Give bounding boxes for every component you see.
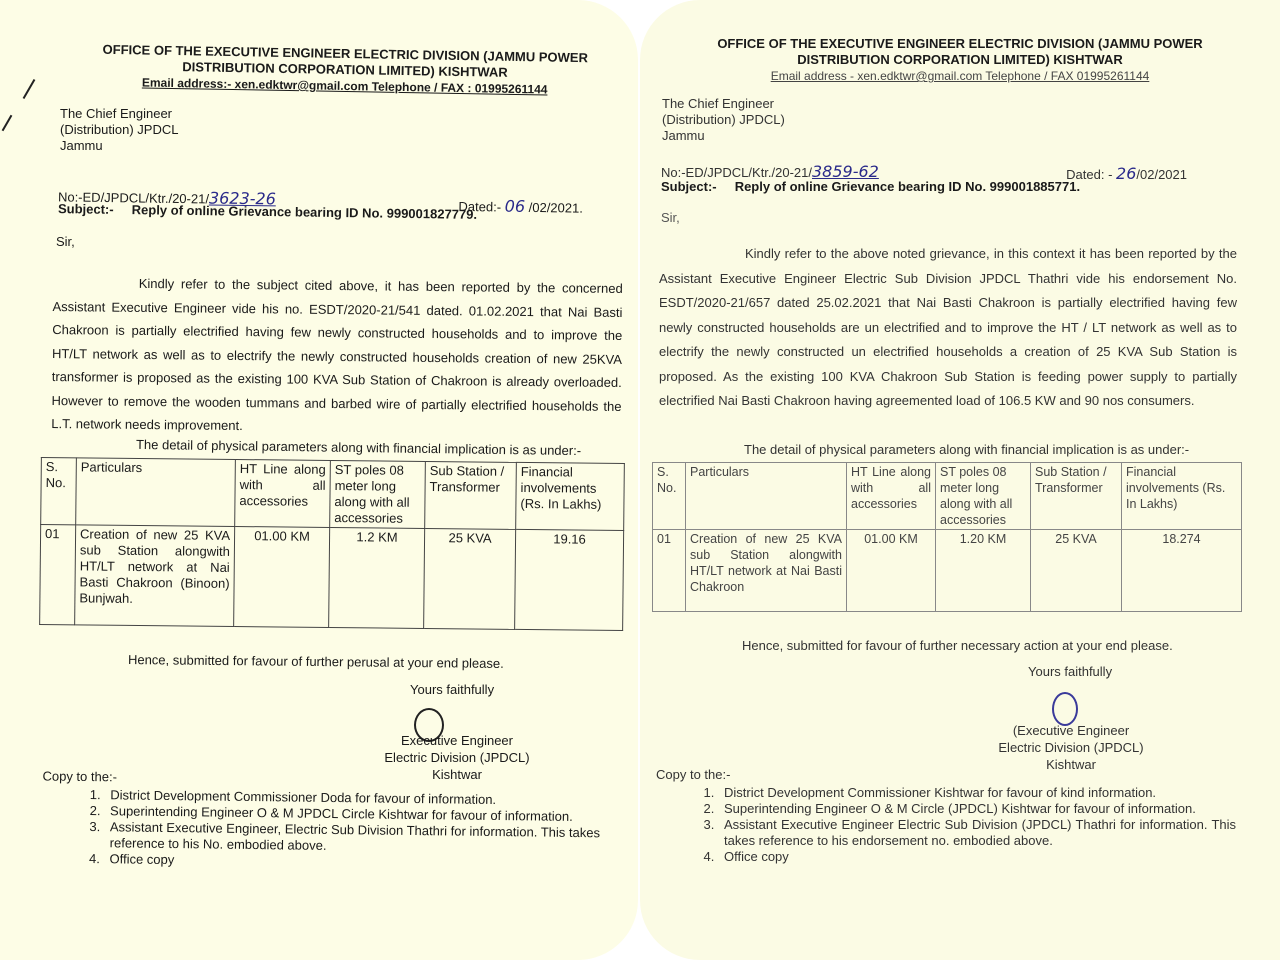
addressee: The Chief Engineer (Distribution) JPDCL … (60, 106, 178, 154)
table-row: 01 Creation of new 25 KVA sub Station al… (40, 524, 624, 630)
dated-suffix: /02/2021 (1136, 167, 1187, 182)
addressee: The Chief Engineer (Distribution) JPDCL)… (662, 96, 785, 144)
header-financial: Financial involvements (Rs. In Lakhs) (1122, 463, 1242, 530)
body-paragraph: Kindly refer to the above noted grievanc… (659, 242, 1237, 414)
letterhead: OFFICE OF THE EXECUTIVE ENGINEER ELECTRI… (680, 36, 1240, 84)
closing-line: Hence, submitted for favour of further n… (742, 638, 1173, 653)
copy-to-label: Copy to the:- (656, 767, 1236, 783)
header-sno: S. No. (41, 457, 77, 524)
yours-faithfully: Yours faithfully (1028, 664, 1112, 679)
ref-number-prefix: No:-ED/JPDCL/Ktr./20-21/ (661, 165, 812, 180)
signatory-title: Executive Engineer (372, 732, 542, 749)
header-ht-line: HT Line along with all accessories (235, 459, 331, 527)
table-intro: The detail of physical parameters along … (744, 442, 1189, 457)
subject-label: Subject:- (661, 179, 717, 194)
letter-left: OFFICE OF THE EXECUTIVE ENGINEER ELECTRI… (0, 0, 638, 960)
copy-to-block: Copy to the:- District Development Commi… (656, 767, 1236, 865)
cell-substation: 25 KVA (424, 528, 516, 629)
closing-line: Hence, submitted for favour of further p… (128, 652, 504, 671)
letterhead-line-1: OFFICE OF THE EXECUTIVE ENGINEER ELECTRI… (680, 36, 1240, 52)
addressee-line: Jammu (60, 138, 178, 154)
copy-to-item: Assistant Executive Engineer, Electric S… (104, 819, 622, 857)
signatory-division: Electric Division (JPDCL) (986, 739, 1156, 756)
signatory-title: (Executive Engineer (986, 722, 1156, 739)
addressee-line: The Chief Engineer (60, 106, 178, 122)
addressee-line: Jammu (662, 128, 785, 144)
copy-to-item: Assistant Executive Engineer Electric Su… (718, 817, 1236, 849)
email-line: Email address - xen.edktwr@gmail.com Tel… (680, 68, 1240, 84)
addressee-line: (Distribution) JPDCL) (662, 112, 785, 128)
cell-financial: 18.274 (1122, 530, 1242, 612)
parameters-table: S. No. Particulars HT Line along with al… (652, 462, 1242, 612)
salutation: Sir, (56, 234, 75, 249)
letter-right: OFFICE OF THE EXECUTIVE ENGINEER ELECTRI… (640, 0, 1280, 960)
cell-sno: 01 (653, 530, 686, 612)
yours-faithfully: Yours faithfully (410, 682, 494, 697)
header-particulars: Particulars (76, 458, 236, 527)
signatory-block: (Executive Engineer Electric Division (J… (986, 722, 1156, 773)
letterhead: OFFICE OF THE EXECUTIVE ENGINEER ELECTRI… (90, 42, 601, 99)
table-header-row: S. No. Particulars HT Line along with al… (41, 457, 625, 530)
dated-suffix: /02/2021. (525, 200, 583, 216)
header-substation: Sub Station / Transformer (1031, 463, 1122, 530)
copy-to-list: District Development Commissioner Doda f… (41, 786, 622, 873)
signature-scribble (1052, 692, 1078, 726)
cell-substation: 25 KVA (1031, 530, 1122, 612)
header-substation: Sub Station / Transformer (425, 461, 517, 529)
pen-mark (2, 115, 13, 132)
cell-ht-line: 01.00 KM (847, 530, 936, 612)
cell-financial: 19.16 (515, 529, 624, 630)
header-st-poles: ST poles 08 meter long along with all ac… (330, 460, 426, 528)
dated-day-handwritten: 26 (1116, 164, 1136, 183)
copy-to-item: Office copy (718, 849, 1236, 865)
table-row: 01 Creation of new 25 KVA sub Station al… (653, 530, 1242, 612)
cell-ht-line: 01.00 KM (234, 526, 330, 627)
salutation: Sir, (661, 210, 680, 225)
cell-particulars: Creation of new 25 KVA sub Station along… (75, 525, 235, 627)
cell-st-poles: 1.20 KM (936, 530, 1031, 612)
dated-day-handwritten: 06 (505, 197, 526, 216)
header-st-poles: ST poles 08 meter long along with all ac… (936, 463, 1031, 530)
cell-st-poles: 1.2 KM (329, 527, 425, 628)
header-financial: Financial involvements (Rs. In Lakhs) (516, 462, 625, 530)
addressee-line: (Distribution) JPDCL (60, 122, 178, 138)
pen-mark (23, 79, 36, 99)
copy-to-item: District Development Commissioner Kishtw… (718, 785, 1236, 801)
cell-particulars: Creation of new 25 KVA sub Station along… (686, 530, 847, 612)
addressee-line: The Chief Engineer (662, 96, 785, 112)
header-ht-line: HT Line along with all accessories (847, 463, 936, 530)
body-paragraph: Kindly refer to the subject cited above,… (51, 271, 623, 441)
cell-sno: 01 (40, 524, 76, 624)
letterhead-line-2: DISTRIBUTION CORPORATION LIMITED) KISHTW… (680, 52, 1240, 68)
copy-to-item: Superintending Engineer O & M Circle (JP… (718, 801, 1236, 817)
header-particulars: Particulars (686, 463, 847, 530)
subject-text: Reply of online Grievance bearing ID No.… (735, 179, 1080, 194)
table-header-row: S. No. Particulars HT Line along with al… (653, 463, 1242, 530)
copy-to-list: District Development Commissioner Kishtw… (656, 785, 1236, 865)
parameters-table: S. No. Particulars HT Line along with al… (39, 457, 625, 631)
copy-to-block: Copy to the:- District Development Commi… (41, 768, 622, 873)
subject-line: Subject:- Reply of online Grievance bear… (661, 179, 1080, 194)
header-sno: S. No. (653, 463, 686, 530)
signatory-division: Electric Division (JPDCL) (372, 749, 542, 766)
subject-label: Subject:- (58, 201, 114, 217)
